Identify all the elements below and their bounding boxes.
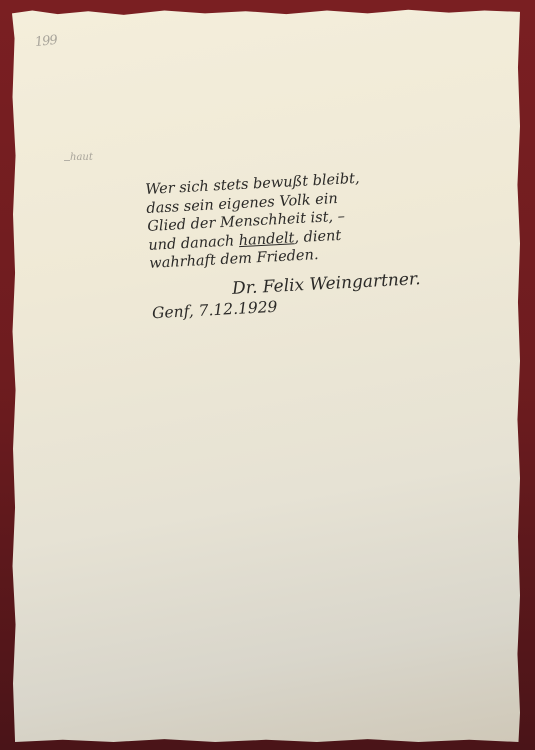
place-and-date: Genf, 7.12.1929 <box>152 298 278 323</box>
underlined-word: handelt <box>238 230 294 249</box>
pencil-note: haut <box>70 152 93 163</box>
signature: Dr. Felix Weingartner. <box>232 269 421 299</box>
handwritten-inscription: Wer sich stets bewußt bleibt, dass sein … <box>145 167 409 273</box>
pencil-folio-number: 199 <box>34 33 57 50</box>
manuscript-page: 199 haut Wer sich stets bewußt bleibt, d… <box>12 9 520 742</box>
